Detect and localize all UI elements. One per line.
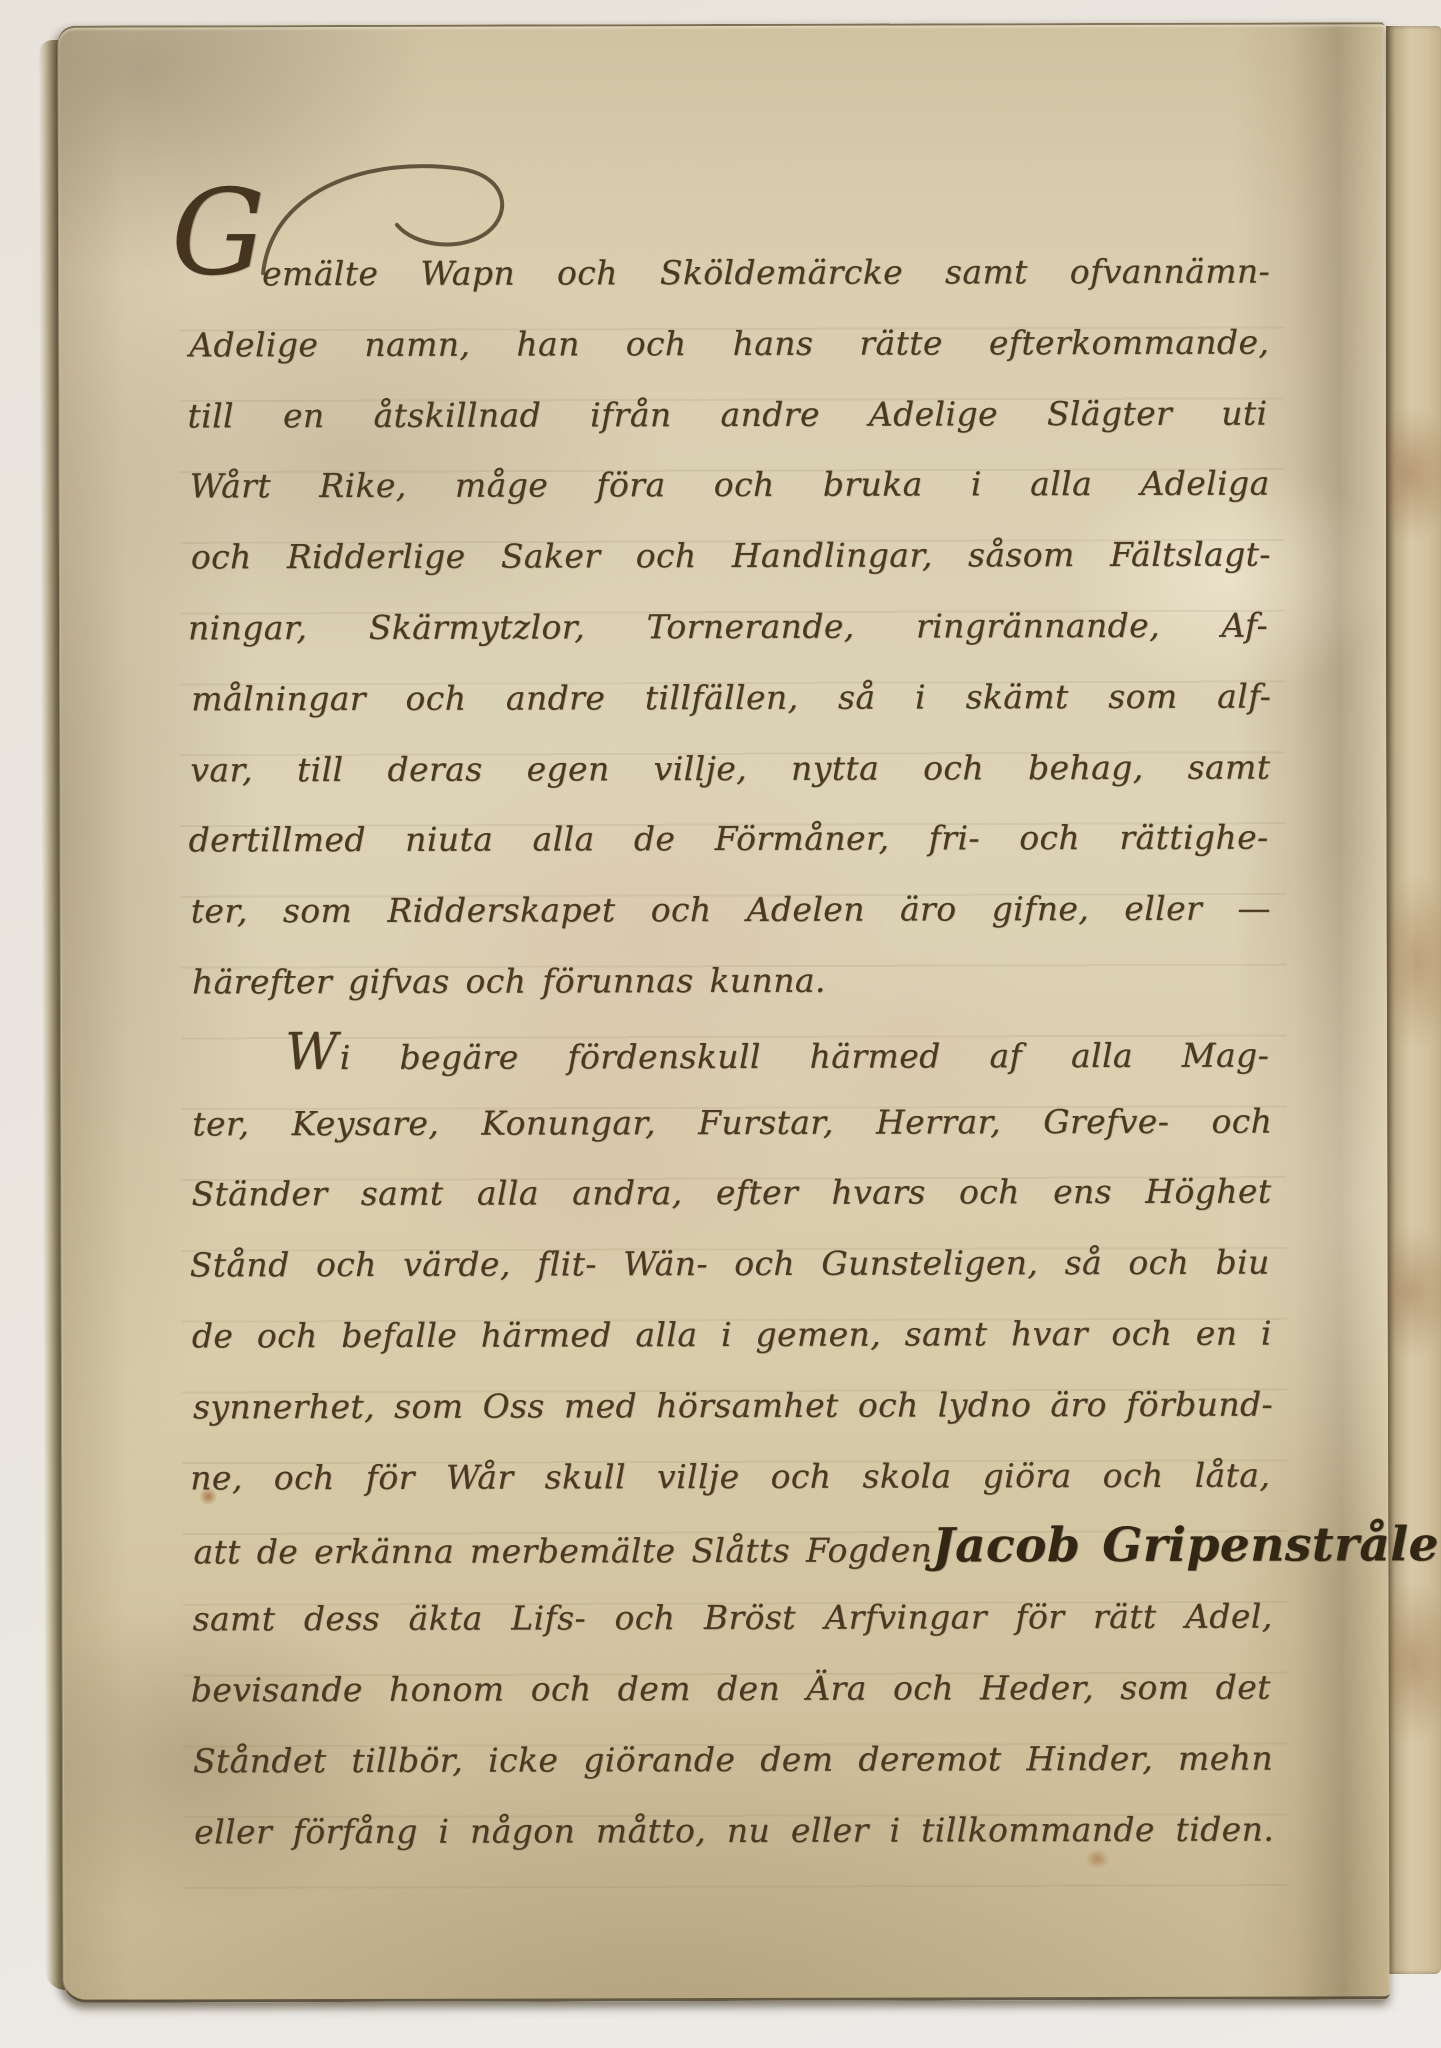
manuscript-line: dertillmed niuta alla de Förmåner, fri- …	[188, 803, 1268, 877]
manuscript-page: G emälte Wapn och Sköldemärcke samt ofva…	[57, 22, 1389, 2002]
manuscript-line: Adelige namn, han och hans rätte efterko…	[189, 307, 1269, 381]
manuscript-line: Ständer samt alla andra, efter hvars och…	[191, 1157, 1271, 1231]
manuscript-line: var, till deras egen villje, nytta och b…	[190, 732, 1270, 806]
manuscript-line: synnerhet, som Oss med hörsamhet och lyd…	[193, 1369, 1273, 1443]
manuscript-line: ter, Keysare, Konungar, Furstar, Herrar,…	[192, 1086, 1272, 1160]
manuscript-line: ter, som Ridderskapet och Adelen äro gif…	[191, 874, 1271, 948]
manuscript-line: eller förfång i någon måtto, nu eller i …	[194, 1794, 1274, 1868]
manuscript-line-with-name: att de erkänna merbemälte Slåtts Fogden …	[193, 1511, 1273, 1585]
name-line-prefix: att de erkänna merbemälte Slåtts Fogden	[193, 1516, 932, 1589]
manuscript-line: samt dess äkta Lifs- och Bröst Arfvingar…	[192, 1582, 1272, 1656]
manuscript-text-block: emälte Wapn och Sköldemärcke samt ofvann…	[189, 237, 1273, 1868]
manuscript-line: Ståndet tillbör, icke giörande dem derem…	[193, 1723, 1273, 1797]
manuscript-line: Wi begäre fördenskull härmed af alla Mag…	[189, 1015, 1269, 1089]
manuscript-line: till en åtskillnad ifrån andre Adelige S…	[187, 378, 1267, 452]
book-fore-edge-right	[1386, 26, 1441, 1974]
manuscript-line: de och befalle härmed alla i gemen, samt…	[192, 1299, 1272, 1373]
manuscript-line: Wårt Rike, måge föra och bruka i alla Ad…	[190, 449, 1270, 523]
manuscript-line: Stånd och värde, flit- Wän- och Gunsteli…	[190, 1228, 1270, 1302]
manuscript-line: ne, och för Wår skull villje och skola g…	[190, 1440, 1270, 1514]
manuscript-line: ningar, Skärmytzlor, Tornerande, ringrän…	[188, 591, 1268, 665]
manuscript-line: härefter gifvas och förunnas kunna.	[192, 945, 1272, 1019]
manuscript-line: och Ridderlige Saker och Handlingar, sås…	[191, 520, 1271, 594]
manuscript-line: emälte Wapn och Sköldemärcke samt ofvann…	[190, 237, 1270, 311]
manuscript-line: bevisande honom och dem den Ära och Hede…	[191, 1653, 1271, 1727]
manuscript-line: målningar och andre tillfällen, så i skä…	[191, 661, 1271, 735]
ennobled-name: Jacob Gripenstråle	[932, 1510, 1439, 1582]
